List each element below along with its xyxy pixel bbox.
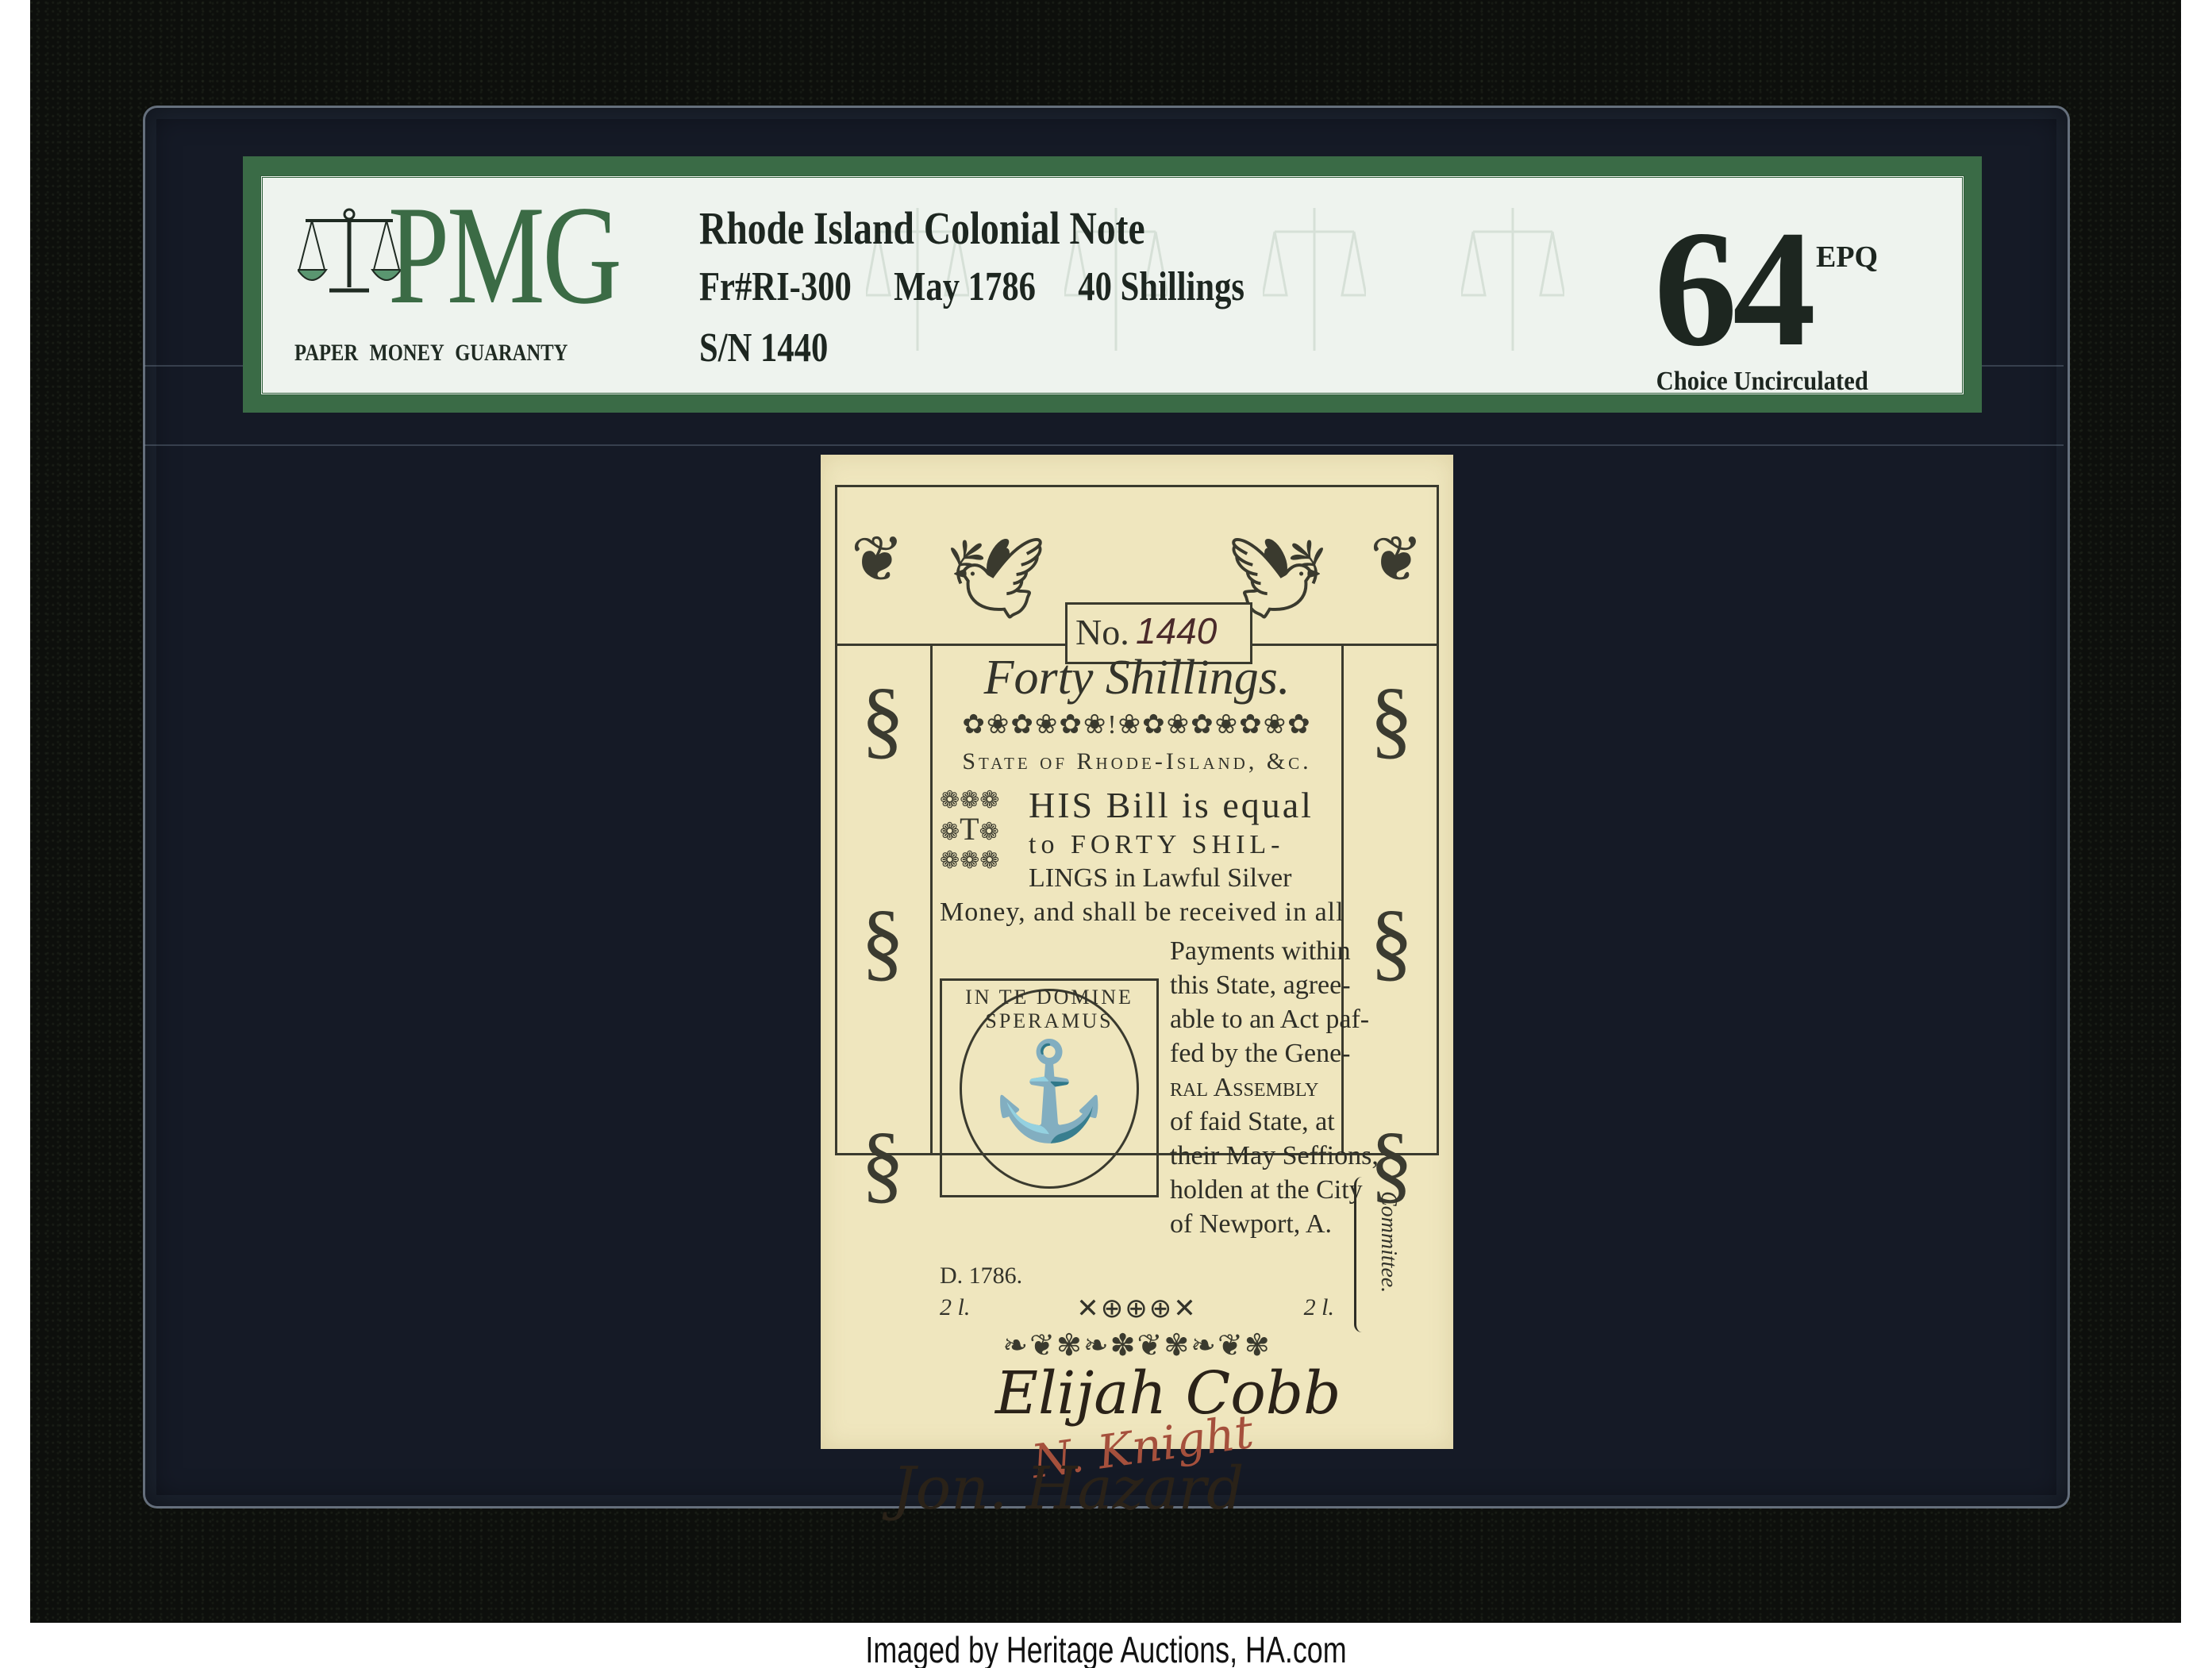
pmg-logo-text: PMG xyxy=(388,184,620,325)
serial-number: S/N 1440 xyxy=(699,325,828,371)
label-denomination: 40 Shillings xyxy=(1078,264,1244,309)
holder-crease-line xyxy=(144,444,2064,446)
right-scroll-border: § § § xyxy=(1341,644,1439,1155)
epq-designation: EPQ xyxy=(1816,243,1837,271)
handwritten-serial: 1440 xyxy=(1136,609,1217,652)
body-line: able to an Act paf- xyxy=(1170,1002,1369,1036)
anchor-icon: ⚓ xyxy=(942,1036,1156,1147)
body-line: Payments within xyxy=(1170,934,1351,968)
image-credit-caption: Imaged by Heritage Auctions, HA.com xyxy=(244,1628,1969,1668)
body-line: Money, and shall be received in all xyxy=(940,895,1345,929)
left-scroll-border: § § § xyxy=(835,644,933,1155)
seal-motto: IN TE DOMINE SPERAMUS xyxy=(942,986,1156,1033)
body-line: fed by the Gene- xyxy=(1170,1036,1351,1070)
body-line: to FORTY SHIL- xyxy=(1029,828,1284,862)
body-line: of faid State, at xyxy=(1170,1105,1335,1139)
watermark-scale-icon xyxy=(1461,200,1564,359)
ornament-row-icon: ✿❀✿❀✿❀!❀✿❀✿❀✿❀✿ xyxy=(940,709,1334,740)
rosette-ornament-icon: ❁❁❁❁T❁❁❁❁ xyxy=(940,786,999,875)
catalog-number: Fr#RI-300 xyxy=(699,264,852,309)
scroll-ornament-icon: § xyxy=(851,897,914,985)
label-details: Fr#RI-300 May 1786 40 Shillings xyxy=(699,263,1279,310)
state-line: State of Rhode-Island, &c. xyxy=(940,748,1334,775)
state-seal: IN TE DOMINE SPERAMUS ⚓ xyxy=(940,978,1159,1197)
signature-hazard: Jon. Hazard xyxy=(892,1455,1244,1523)
scroll-ornament-right-icon: ❦ xyxy=(851,517,1423,604)
date-line: D. 1786. xyxy=(940,1263,1022,1289)
banknote: 🕊 🕊 ❦ ❦ No. 1440 § § § § § § Forty Shill… xyxy=(821,455,1453,1449)
body-line: holden at the City xyxy=(1170,1173,1363,1207)
committee-brace xyxy=(1354,1177,1368,1332)
body-line: HIS Bill is equal xyxy=(1029,788,1314,822)
label-title: Rhode Island Colonial Note xyxy=(699,202,1145,255)
label-panel: PMG PAPER MONEY GUARANTY Rhode Island Co… xyxy=(260,175,1964,395)
scales-of-justice-icon xyxy=(298,208,401,295)
body-line: LINGS in Lawful Silver xyxy=(1029,861,1291,895)
scroll-ornament-icon: § xyxy=(1360,897,1423,985)
note-top-vignette: 🕊 🕊 ❦ ❦ No. 1440 xyxy=(835,485,1439,646)
pmg-full-name: PAPER MONEY GUARANTY xyxy=(294,340,567,367)
body-line: of Newport, A. xyxy=(1170,1207,1332,1241)
body-line: ral Assembly xyxy=(1170,1070,1318,1105)
ornament-row-icon: ❧❦✾❧✽❦✾❧❦✾ xyxy=(940,1328,1334,1359)
committee-label: Committee. xyxy=(1375,1191,1401,1293)
grade-number: 64 xyxy=(1654,209,1811,368)
grade-description: Choice Uncirculated xyxy=(1656,367,1868,395)
grading-label: PMG PAPER MONEY GUARANTY Rhode Island Co… xyxy=(243,156,1982,413)
serial-prefix: No. xyxy=(1075,611,1129,653)
scroll-ornament-icon: § xyxy=(851,1120,914,1207)
body-line: this State, agree- xyxy=(1170,968,1351,1002)
amount-right: 2 l. xyxy=(1304,1294,1334,1321)
issue-date: May 1786 xyxy=(894,264,1036,309)
note-denomination-script: Forty Shillings. xyxy=(821,650,1453,706)
drop-cap: T xyxy=(960,811,979,847)
body-line: their May Seffions, xyxy=(1170,1139,1379,1173)
